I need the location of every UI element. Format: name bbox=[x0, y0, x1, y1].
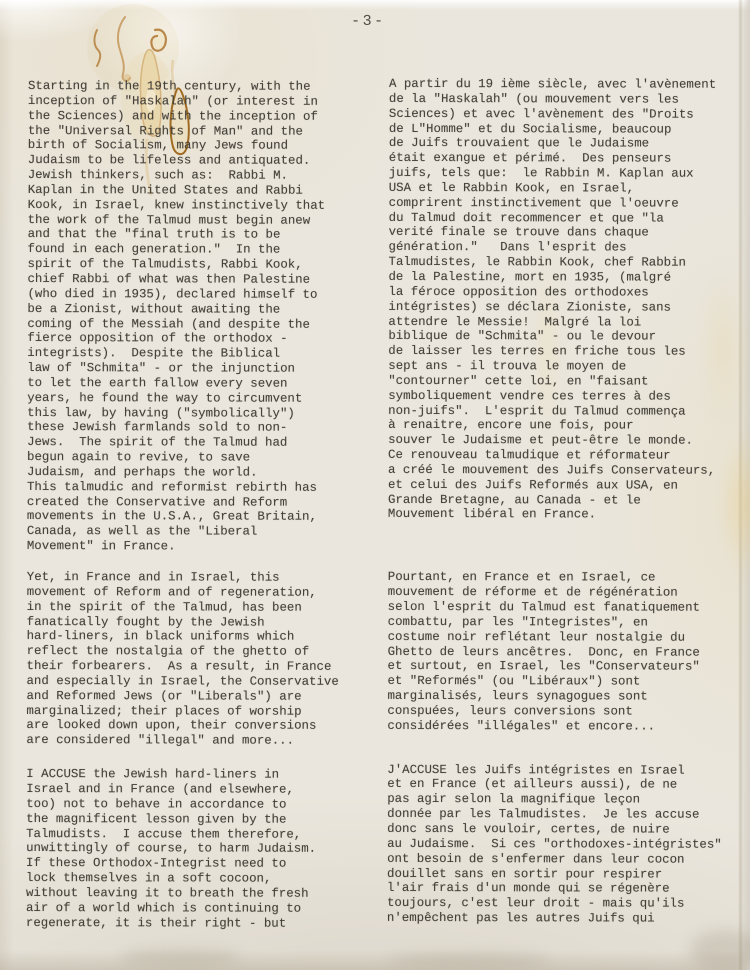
typewritten-content: -3- Starting in the 19th century, with t… bbox=[0, 0, 750, 970]
page-number: -3- bbox=[351, 13, 386, 30]
english-paragraph-2: Yet, in France and in Israel, this movem… bbox=[26, 570, 376, 749]
english-paragraph-3: I ACCUSE the Jewish hard-liners in Israe… bbox=[26, 767, 376, 931]
french-paragraph-1: A partir du 19 ième siècle, avec l'avène… bbox=[388, 77, 744, 523]
scanned-document-page: -3- Starting in the 19th century, with t… bbox=[0, 0, 750, 970]
english-paragraph-1: Starting in the 19th century, with the i… bbox=[27, 79, 378, 555]
french-column: A partir du 19 ième siècle, avec l'avène… bbox=[387, 77, 744, 927]
english-column: Starting in the 19th century, with the i… bbox=[26, 79, 378, 931]
french-paragraph-2: Pourtant, en France et en Israel, ce mou… bbox=[387, 570, 742, 734]
french-paragraph-3: J'ACCUSE les Juifs intégristes en Israel… bbox=[387, 762, 742, 926]
